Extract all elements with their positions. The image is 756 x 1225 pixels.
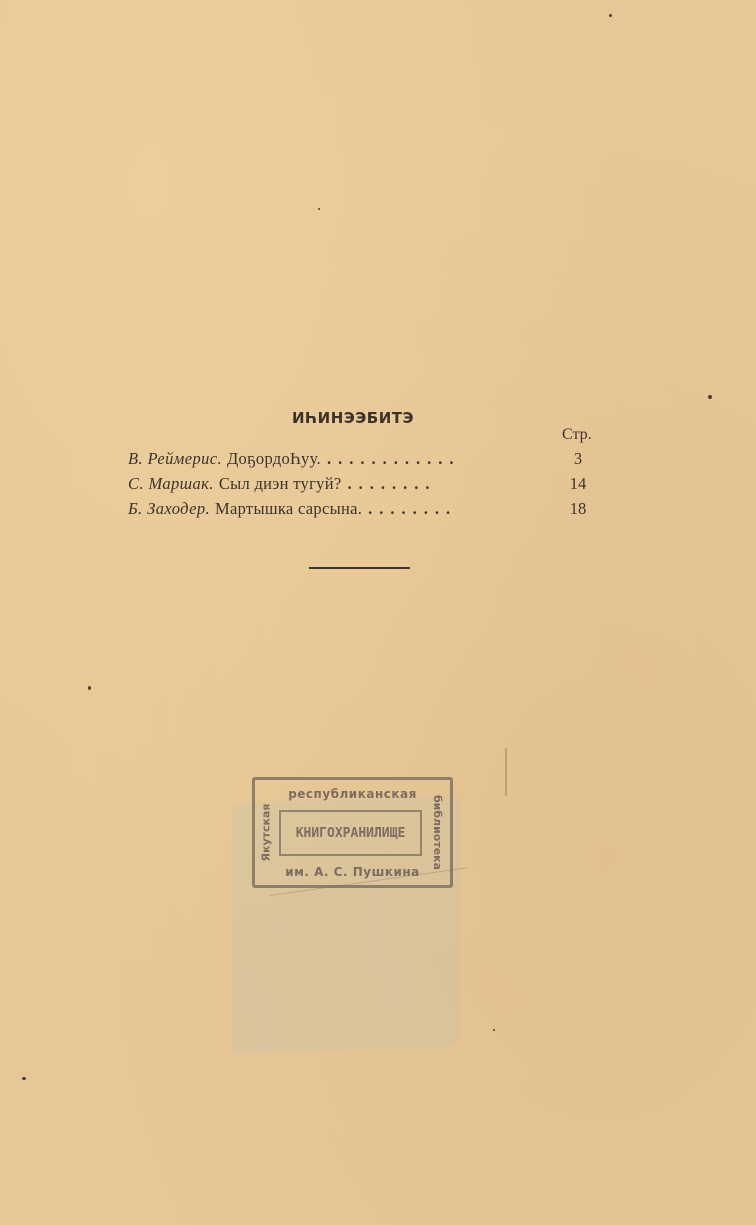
toc-entry-leader-dots: ............ [327,449,554,469]
toc-page-column-header: Стр. [562,426,592,444]
toc-list: В. Реймерис. ДоҕордоҺуу. ............ 3 … [128,449,598,524]
toc-entry-title: Сыл диэн тугуй? [219,474,342,494]
toc-entry[interactable]: Б. Заходер. Мартышка сарсына. ........ 1… [128,499,598,524]
library-stamp: республиканская Якутская КНИГОХРАНИЛИЩЕ … [252,777,453,888]
stamp-left-side: Якутская [257,788,275,877]
toc-entry[interactable]: В. Реймерис. ДоҕордоҺуу. ............ 3 [128,449,598,474]
paper-speck [318,208,320,210]
toc-entry-page: 18 [558,499,598,519]
toc-entry-page: 3 [558,449,598,469]
paper-speck [493,1029,495,1031]
toc-entry-title: Мартышка сарсына. [215,499,362,519]
stamp-center-line: КНИГОХРАНИЛИЩЕ [296,826,406,841]
toc-entry-author: С. Маршак. [128,474,214,494]
paper-speck [708,395,712,399]
toc-entry-leader-dots: ........ [368,499,554,519]
toc-entry-author: Б. Заходер. [128,499,210,519]
toc-entry-leader-dots: ........ [347,474,554,494]
stamp-right-vertical-text: библиотека [432,795,445,870]
stamp-center-box: КНИГОХРАНИЛИЩЕ [279,810,422,856]
stamp-bottom-line: им. А. С. Пушкина [255,865,450,879]
paper-speck [609,14,612,17]
toc-entry-author: В. Реймерис. [128,449,222,469]
toc-entry-title: ДоҕордоҺуу. [227,449,321,469]
stamp-top-line: республиканская [255,787,450,801]
toc-entry[interactable]: С. Маршак. Сыл диэн тугуй? ........ 14 [128,474,598,499]
stamp-left-vertical-text: Якутская [260,804,273,862]
book-page: ИҺИНЭЭБИТЭ Стр. В. Реймерис. ДоҕордоҺуу.… [0,0,756,1225]
toc-title: ИҺИНЭЭБИТЭ [292,409,414,427]
paper-speck [22,1077,26,1080]
toc-entry-page: 14 [558,474,598,494]
paper-speck [88,686,91,690]
section-divider [309,567,410,569]
paper-scratch [505,748,507,796]
